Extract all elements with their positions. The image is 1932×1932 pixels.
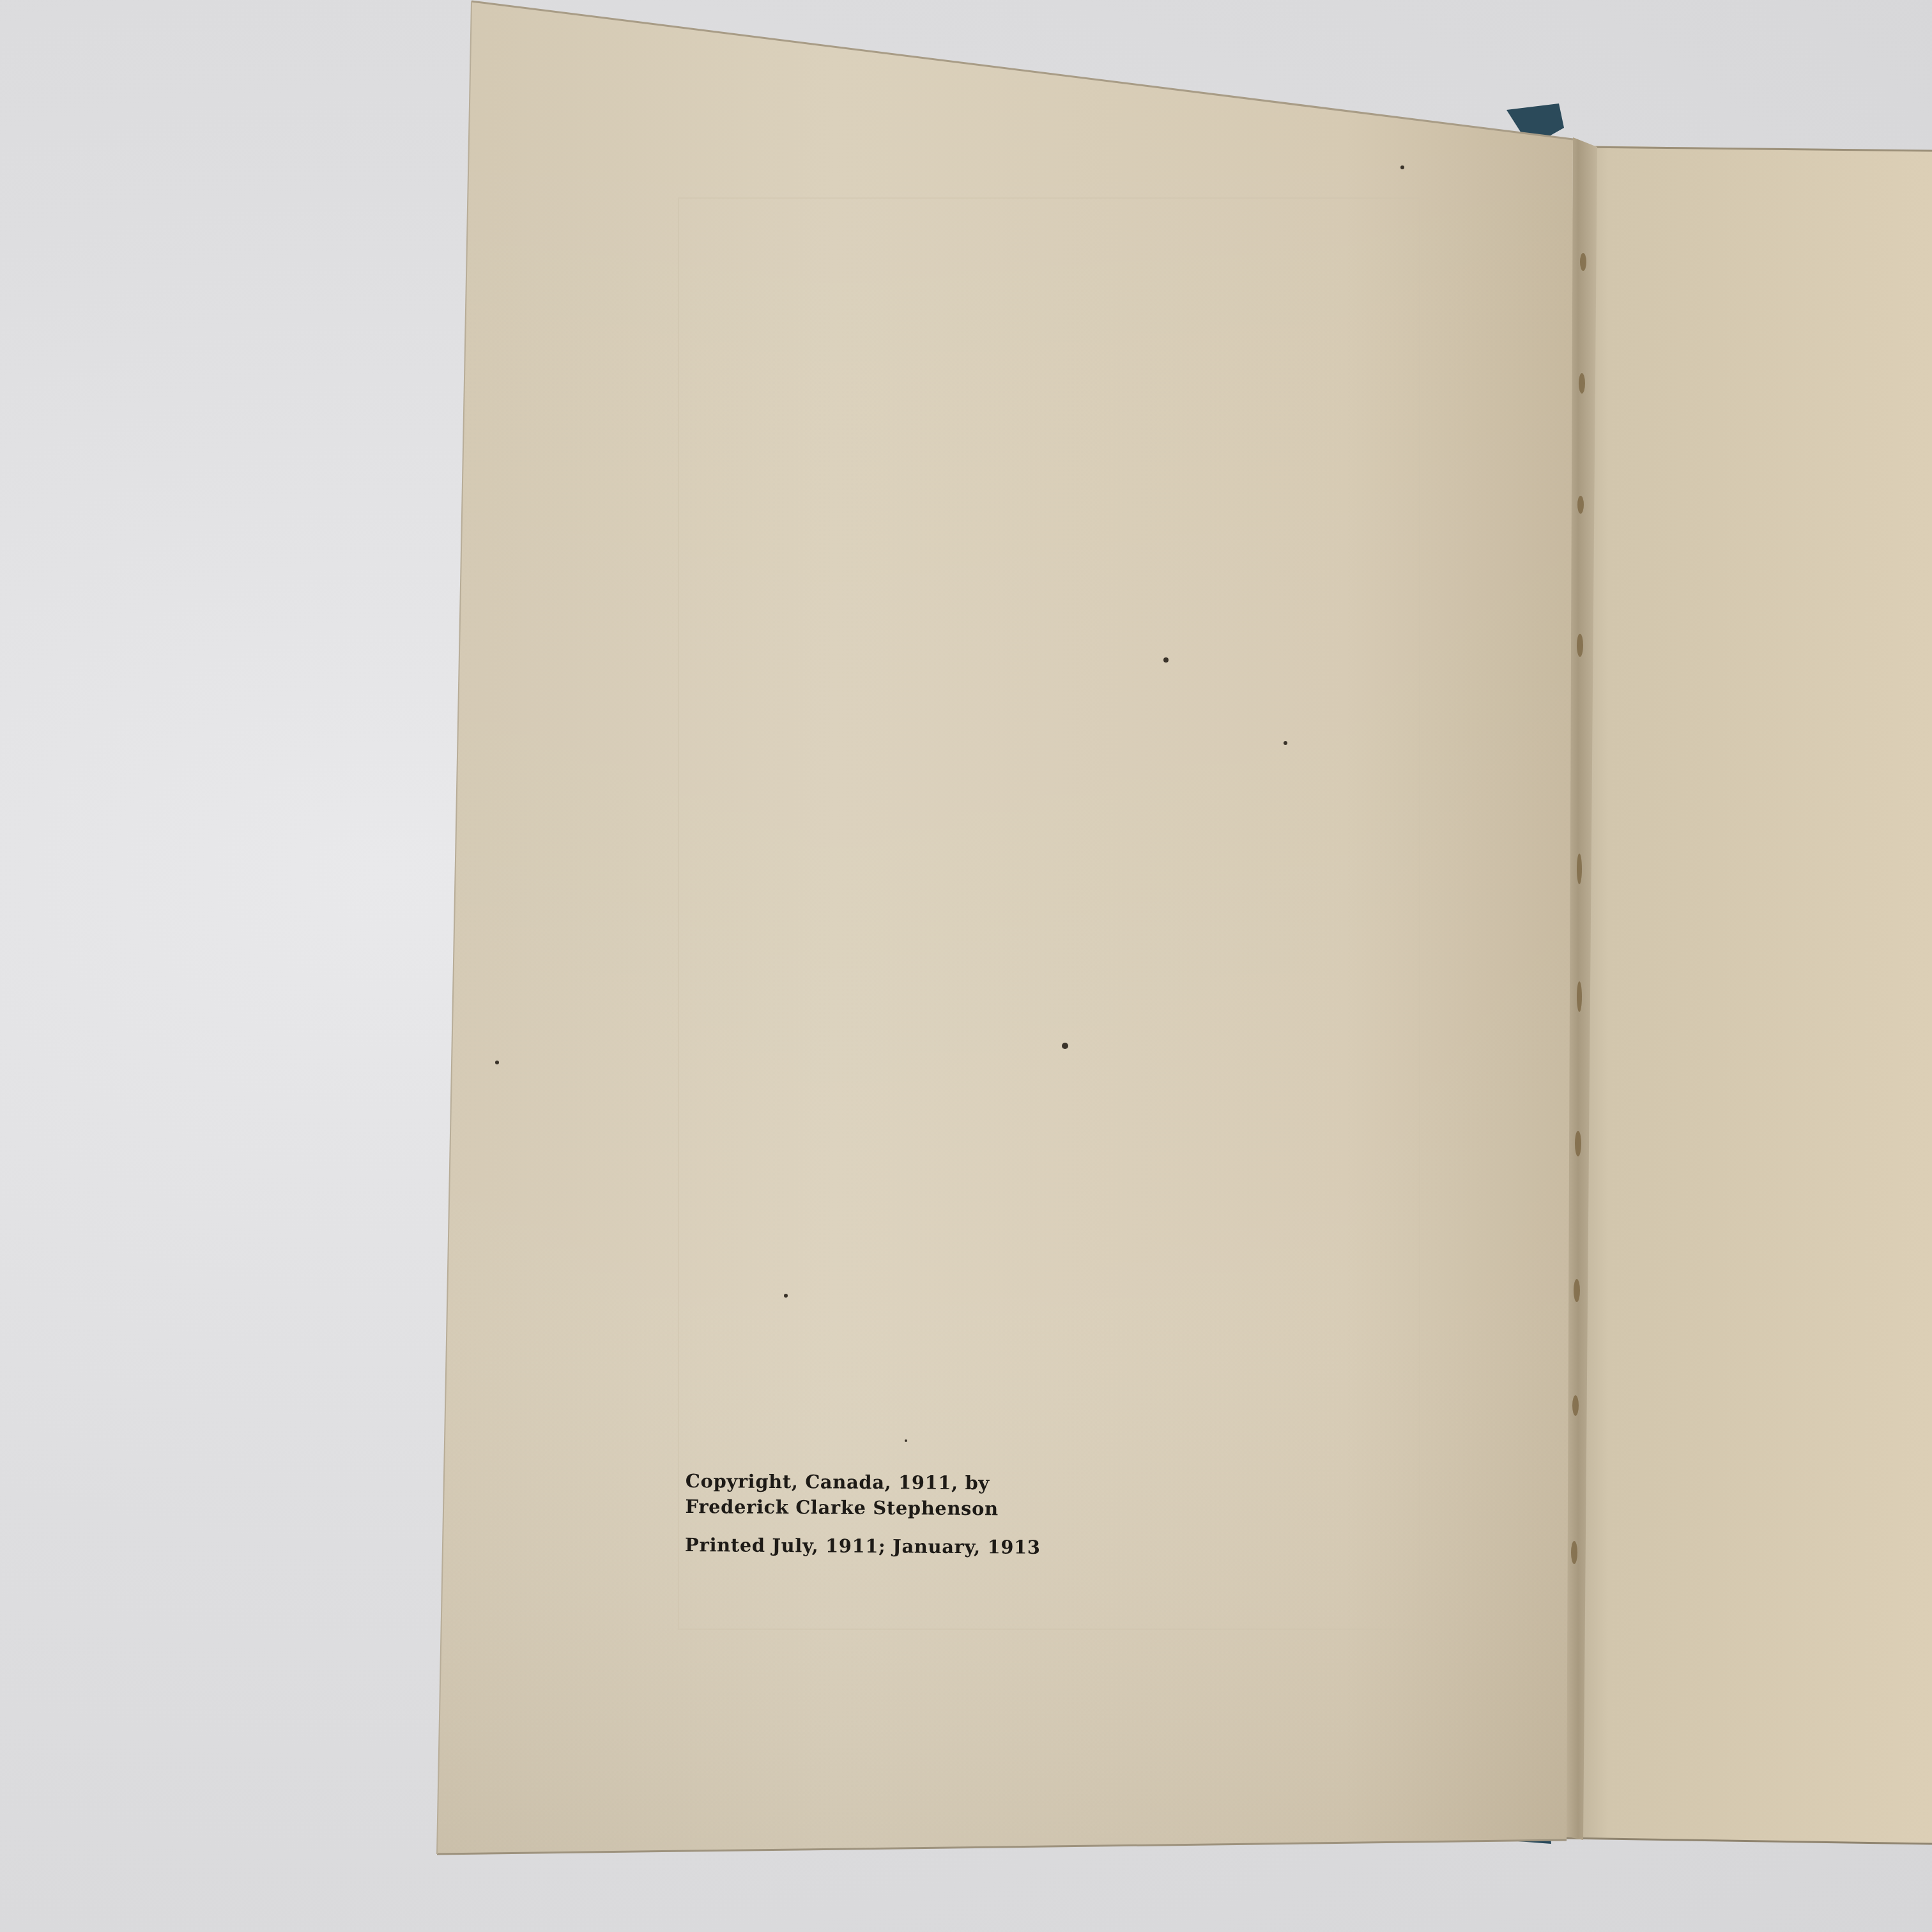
- right-page: [1564, 146, 1932, 1843]
- printing-history-line: Printed July, 1911; January, 1913: [685, 1532, 1041, 1560]
- copyright-line: Copyright, Canada, 1911, by: [686, 1468, 1041, 1496]
- author-line: Frederick Clarke Stephenson: [685, 1494, 1041, 1522]
- copyright-imprint: Copyright, Canada, 1911, by Frederick Cl…: [685, 1468, 1041, 1560]
- open-book: [0, 0, 1932, 1932]
- photo-scene: Copyright, Canada, 1911, by Frederick Cl…: [0, 0, 1932, 1932]
